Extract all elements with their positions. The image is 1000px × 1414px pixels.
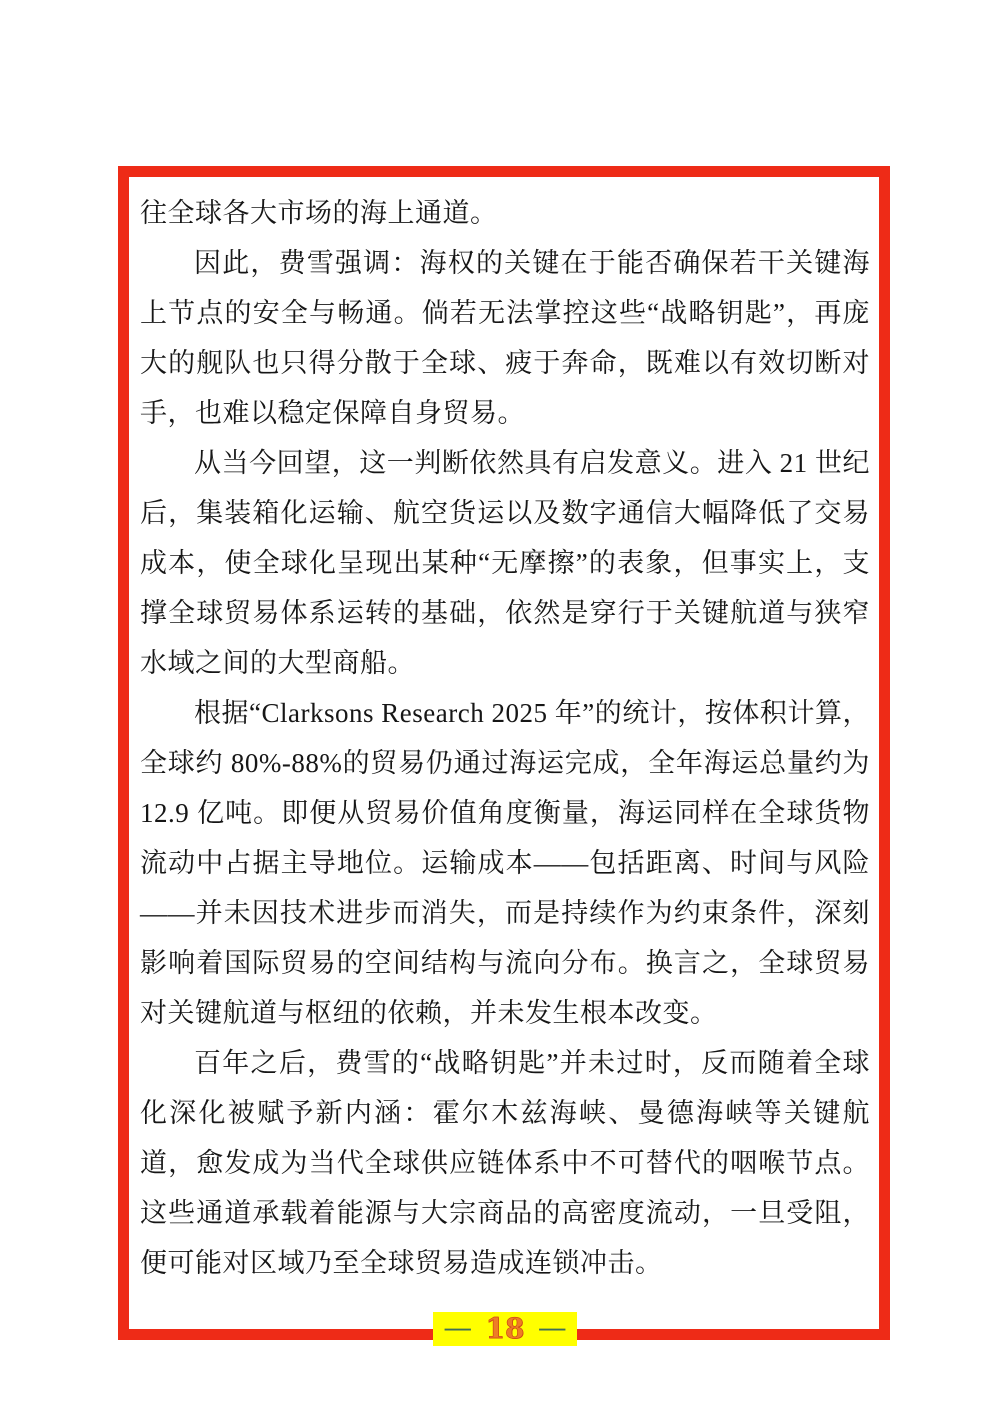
footer-dash-right: —	[539, 1313, 565, 1342]
footer-dash-left: —	[445, 1313, 471, 1342]
paragraph-continuation: 往全球各大市场的海上通道。	[140, 188, 870, 238]
paragraph: 因此，费雪强调：海权的关键在于能否确保若干关键海上节点的安全与畅通。倘若无法掌控…	[140, 238, 870, 438]
paragraph: 从当今回望，这一判断依然具有启发意义。进入 21 世纪后，集装箱化运输、航空货运…	[140, 438, 870, 688]
page-number-highlight: — 18 —	[433, 1312, 577, 1346]
paragraph: 百年之后，费雪的“战略钥匙”并未过时，反而随着全球化深化被赋予新内涵：霍尔木兹海…	[140, 1038, 870, 1288]
paragraph: 根据“Clarksons Research 2025 年”的统计，按体积计算，全…	[140, 688, 870, 1038]
document-body: 往全球各大市场的海上通道。 因此，费雪强调：海权的关键在于能否确保若干关键海上节…	[129, 177, 879, 1354]
page-footer: — 18 —	[140, 1304, 870, 1354]
page-number: 18	[486, 1315, 525, 1343]
page-border-frame: 往全球各大市场的海上通道。 因此，费雪强调：海权的关键在于能否确保若干关键海上节…	[118, 166, 890, 1340]
